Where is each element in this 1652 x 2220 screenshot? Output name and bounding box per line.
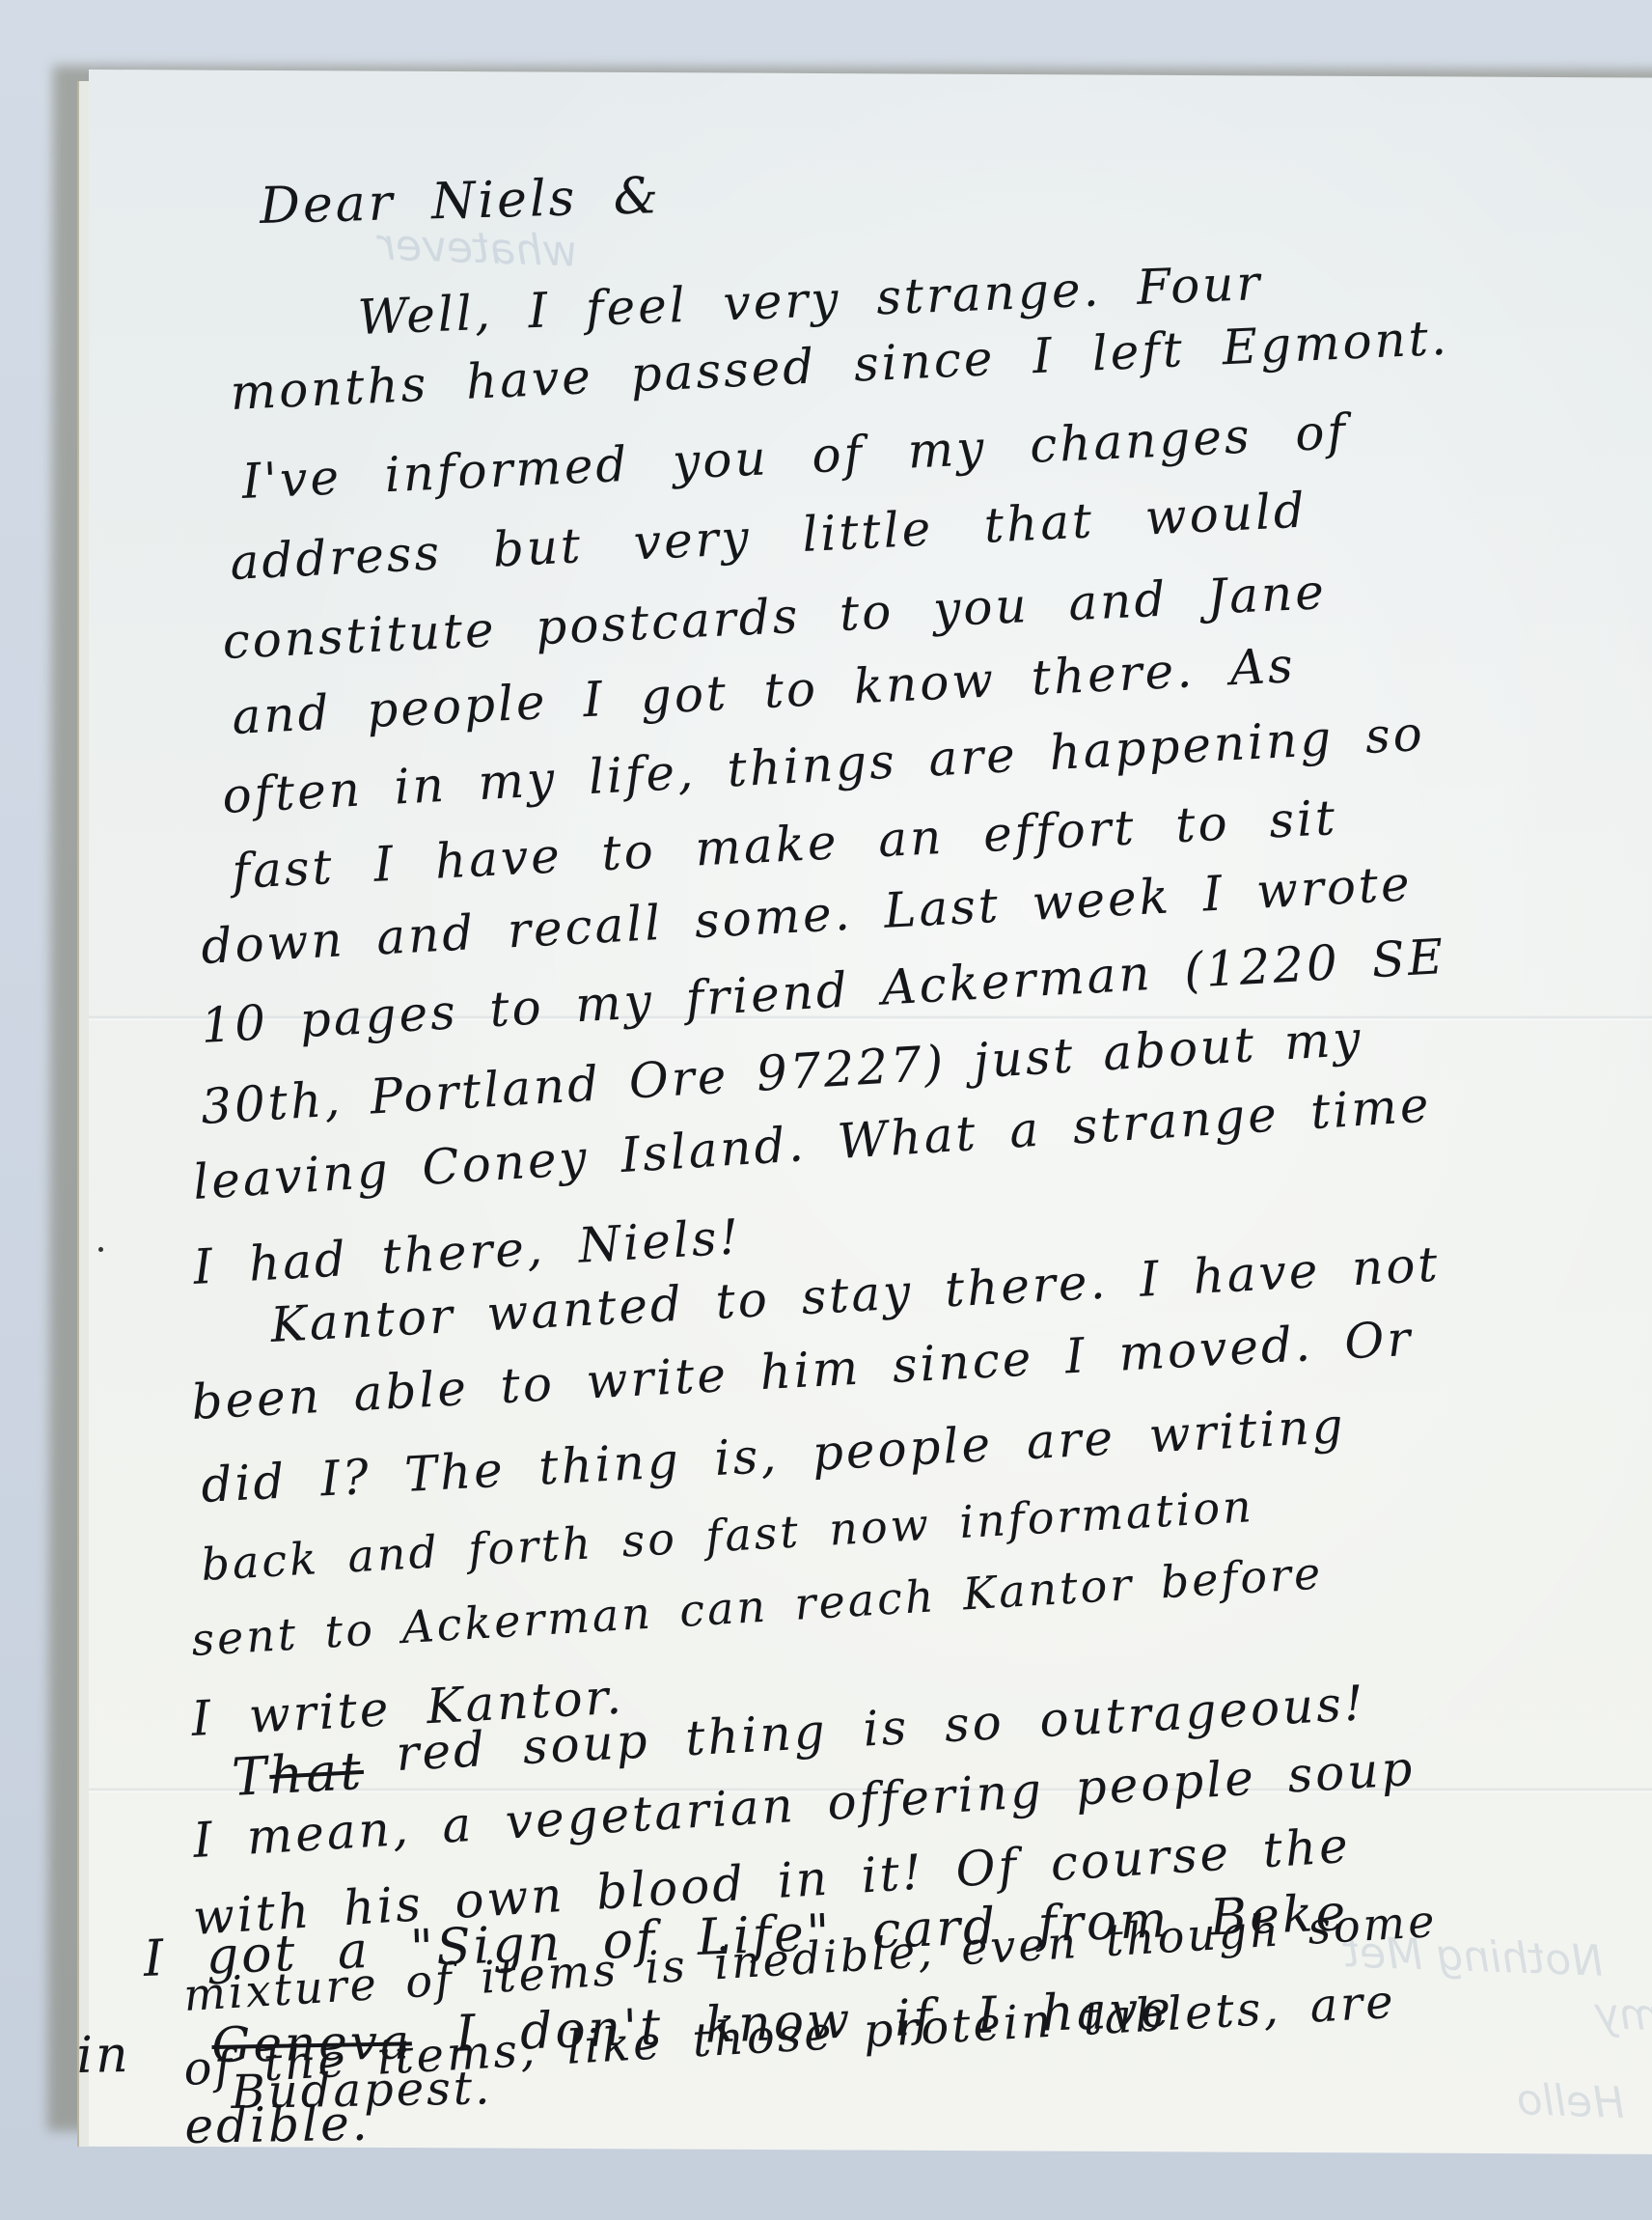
salutation: Dear Niels & — [259, 167, 661, 236]
struck-text: hat — [268, 1740, 366, 1806]
inserted-word-budapest: Budapest. — [231, 2061, 493, 2120]
letter-line: in — [76, 2026, 131, 2085]
letter-body: Dear Niels & Well, I feel very strange. … — [89, 69, 1652, 2154]
that-prefix: T — [231, 1745, 271, 1808]
letter-line-that: That — [231, 1740, 366, 1808]
letter-page: Nothing Met Hello my whatever Dear Niels… — [89, 69, 1652, 2154]
